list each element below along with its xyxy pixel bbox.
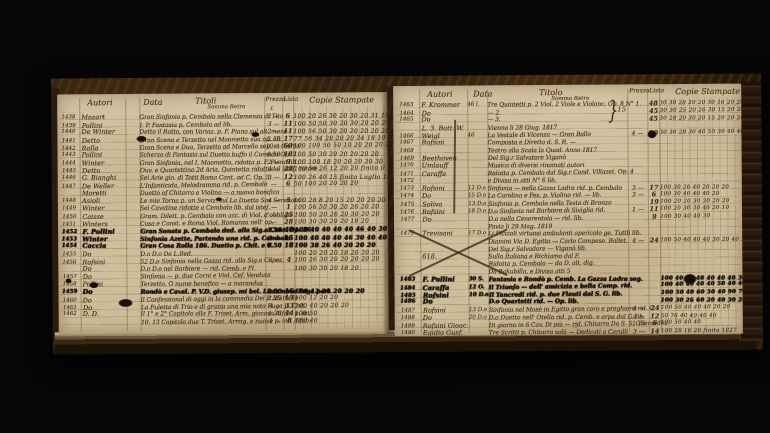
autore-cell: Caccia [80, 243, 126, 251]
lista-cell: 40 [283, 226, 294, 234]
prezzo-cell: 1.50 [265, 227, 283, 235]
prezzo-cell: 3 — [628, 184, 648, 192]
prezzo-cell [629, 259, 649, 267]
prezzo-cell [265, 280, 283, 288]
prezzo-cell [627, 100, 647, 108]
titolo-cell: e Divisa in atti N° 6 lib. [488, 176, 628, 185]
prezzo-cell [628, 176, 648, 184]
data-cell [126, 251, 140, 259]
numero-cell: 1468 [394, 147, 420, 155]
numero-cell: 1483 [394, 276, 420, 284]
autore-cell [421, 261, 469, 269]
numero-cell: 1489 [395, 323, 421, 331]
ledger-row: 1479Trevisani17 D.oLi Piccioli virtuosi … [394, 229, 742, 238]
lista-cell [648, 244, 660, 252]
copie-cell [660, 221, 742, 229]
numero-cell: 1447 [58, 184, 80, 192]
autore-cell: F. Pollini [80, 228, 126, 236]
copie-cell: 100 100 50 50 10 20 20 20 20 [293, 142, 387, 151]
numero-cell: 1454 [58, 243, 80, 251]
data-cell [467, 116, 487, 124]
numero-cell: 1462 [59, 311, 81, 319]
data-cell [469, 299, 489, 307]
copie-cell: 100 26 30 20 20 20 20 20 [294, 255, 388, 264]
prezzo-cell [628, 153, 648, 161]
autore-cell: Rofsini [421, 307, 469, 315]
data-cell [468, 216, 488, 224]
autore-cell: Do [420, 193, 468, 201]
data-cell [468, 147, 488, 155]
ink-blot [89, 282, 98, 288]
data-cell [127, 311, 141, 319]
lista-cell [648, 267, 660, 275]
header-data: Data [143, 98, 162, 107]
data-cell: 46 l. [467, 101, 487, 109]
numero-cell: 1438 [57, 114, 79, 122]
lista-cell: 6 [283, 181, 294, 189]
titolo-cell: Gran Sonata p. Cembalo ded. alla Sig.a C… [140, 227, 265, 236]
numero-cell [394, 239, 420, 247]
lista-cell: 8 [284, 318, 295, 326]
data-cell [125, 114, 139, 122]
copie-cell [661, 258, 743, 267]
numero-cell: 1441 [58, 138, 80, 146]
autore-cell: Umlauff [420, 162, 468, 170]
lista-cell: 5 [283, 197, 294, 205]
copie-cell: 100 30 26 40 20 20 20 [660, 184, 742, 192]
numero-cell: 1455 [58, 251, 80, 259]
lista-cell: 6 [649, 320, 661, 328]
autore-cell: G. Bianghi [80, 174, 126, 182]
autore-cell: Rofsini [420, 185, 468, 193]
numero-cell: 1487 [395, 308, 421, 316]
data-cell [126, 197, 140, 205]
prezzo-cell: 0.50 [265, 151, 283, 159]
autore-cell [81, 319, 127, 327]
numero-cell [394, 253, 420, 261]
prezzo-cell: 1 — [266, 318, 284, 326]
numero-cell: 1475 [394, 201, 420, 209]
data-cell [126, 183, 140, 191]
numero-cell: 1473 [394, 185, 420, 193]
numero-cell: 1467 [393, 139, 419, 147]
prezzo-cell: 2 — [265, 234, 283, 242]
prezzo-cell: 1.15 [629, 320, 649, 328]
data-cell: 17 D.o [468, 230, 488, 238]
numero-cell: 1459 [59, 288, 81, 296]
autore-cell: Do [421, 299, 469, 307]
numero-cell: 1479 [394, 230, 420, 238]
data-cell: 20 D.o [469, 314, 489, 322]
data-cell [468, 268, 488, 276]
prezzo-cell [628, 230, 648, 238]
numero-cell: 1486 [395, 299, 421, 307]
data-cell [126, 190, 140, 198]
autore-cell: Do [419, 116, 467, 124]
ink-blot [683, 274, 696, 284]
autore-cell: Rofsini [419, 139, 467, 147]
lista-cell: 9 [648, 214, 660, 222]
prezzo-cell: 5 — [265, 257, 283, 265]
ink-blot [216, 197, 222, 201]
data-cell: 30 S. [468, 276, 488, 284]
data-cell [126, 228, 140, 236]
data-cell [126, 243, 140, 251]
ledger-row: 1443PolliniScherzo di Fantasia sul Duett… [58, 151, 388, 160]
ledger-row: 1467RofsiniComposto e Diretto d. S. R. — [393, 138, 741, 147]
data-cell [126, 174, 140, 182]
autore-cell: Rofsini Gioac. [421, 323, 469, 331]
prezzo-cell: 4 — [266, 302, 284, 310]
copie-cell: 100 40 40 40 40 46 40 30 40 20 [294, 225, 388, 234]
lira-symbol: ₤ [270, 105, 273, 112]
data-cell [468, 171, 488, 179]
lista-cell [647, 139, 659, 147]
right-page: Autori Data Titolo Somma Retro Prezzo Li… [393, 84, 743, 336]
autore-cell: Asioli [80, 197, 126, 205]
lista-cell [284, 272, 295, 280]
lista-cell [648, 168, 660, 176]
numero-cell [58, 266, 80, 274]
titolo-cell: Le mie Torna p. un Serviz. sul La Duetta… [140, 197, 265, 205]
titolo-cell: Scherzo di Fantasia sul Duetto buffo il … [140, 151, 265, 159]
ledger-row: 1473Rofsini12 D.oSinfonia — nella Gazza … [394, 184, 742, 193]
titolo-cell: Sinfonia — nella Gazza Ladra rid. p. Cem… [488, 184, 628, 192]
data-cell: 12 D.o [468, 185, 488, 193]
data-cell [126, 152, 140, 160]
lista-cell: 18 [283, 242, 294, 250]
data-cell [468, 162, 488, 170]
prezzo-cell: 1 — [628, 206, 648, 214]
prezzo-cell [628, 214, 648, 222]
header-copie-stampate: Copie Stampate [309, 95, 374, 104]
data-cell [127, 319, 141, 327]
ledger-row: 1448AsioliLe mie Torna p. un Serviz. sul… [58, 196, 388, 205]
data-cell [468, 125, 488, 133]
copie-cell [660, 176, 742, 184]
autore-cell: F. Krommer [419, 102, 467, 110]
data-cell: 13 D.o [468, 200, 488, 208]
data-cell [126, 205, 140, 213]
lista-cell [648, 230, 660, 238]
copie-cell: 50 100 20 20 20 20 [294, 180, 388, 189]
numero-cell: 1471 [394, 171, 420, 179]
prezzo-cell [628, 282, 648, 290]
data-cell [127, 274, 141, 282]
numero-cell [395, 262, 421, 270]
autore-cell: Caraffa [420, 171, 468, 179]
data-cell [468, 177, 488, 185]
copie-cell: 100 40 [295, 316, 389, 325]
prezzo-cell [628, 108, 648, 116]
ink-blot [65, 278, 71, 283]
lista-cell [648, 222, 660, 230]
autore-cell: 618. [420, 253, 468, 261]
data-cell [126, 213, 140, 221]
data-cell [467, 139, 487, 147]
lista-cell: 24 [649, 305, 661, 313]
titolo-cell: D.o nella Cenerentola — rid. lib. [488, 214, 628, 223]
titolo-cell: Li Piccioli virtuosi ambulanti apericolo… [488, 230, 628, 238]
numero-cell: 1488 [395, 315, 421, 323]
header-copie-stampate: Copie Stampate [675, 87, 740, 96]
lista-cell [649, 290, 661, 298]
prezzo-cell: 4 — [265, 197, 283, 205]
autore-cell: D. D. [81, 311, 127, 319]
copie-cell [294, 279, 388, 287]
numero-cell [394, 125, 420, 133]
header-data: Data [473, 89, 492, 98]
copie-cell: 100 30 40 40 30 [660, 213, 742, 222]
right-page-rows: 1463F. Krommer46 l.Tre Quintetti p. 2 Vi… [393, 100, 743, 336]
copie-cell: 30 30 28 30 40 50 30 40 40 20 30 30 [659, 129, 741, 138]
numero-cell: 1450 [58, 214, 80, 222]
titolo-cell: Composto e Diretto d. S. R. — [487, 139, 627, 147]
numero-cell: 1452 [58, 229, 80, 237]
prezzo-cell: — [265, 181, 283, 189]
numero-cell: 1465 [393, 117, 419, 125]
copie-cell [660, 267, 742, 275]
numero-cell: 1449 [58, 205, 80, 213]
lista-cell: 4 [283, 257, 294, 265]
ink-blot [251, 132, 259, 137]
titolo-cell: 10. 13 Capitolo due T. Triset. Armig. e … [141, 318, 266, 327]
copie-cell [660, 229, 742, 237]
header-autori: Autori [87, 98, 112, 107]
header-autori: Autori [427, 90, 452, 99]
autore-cell: De Winter [79, 129, 125, 137]
copie-cell: 100 50 26 12 20 20 finito il 1816 [294, 165, 388, 174]
copie-cell: 100 40 20 20 20 [295, 301, 389, 310]
photo-background: Autori Data Titoli Somma Retro ₤ Prezzo … [0, 0, 770, 433]
prezzo-cell: — [265, 204, 283, 212]
left-page: Autori Data Titoli Somma Retro ₤ Prezzo … [57, 92, 389, 334]
prezzo-cell [629, 290, 649, 298]
numero-cell [59, 320, 81, 328]
copie-cell: 100 38 26 40 20 20 20 [294, 242, 388, 250]
titolo-cell: Sinfonia nel Mosè in Egitto gran coro e … [489, 305, 629, 314]
copie-cell: 100 50 40 60 50 40 90 70 60 40 [661, 289, 743, 298]
lista-cell [648, 282, 660, 290]
prezzo-cell: 4 — [265, 166, 283, 174]
data-cell [469, 261, 489, 269]
copie-cell [294, 188, 388, 196]
prezzo-cell [265, 189, 283, 197]
numero-cell: 1474 [394, 193, 420, 201]
header-lista: Lista [649, 87, 664, 94]
data-cell [127, 288, 141, 296]
prezzo-cell [628, 244, 648, 252]
prezzo-cell: 4 — [629, 305, 649, 313]
data-cell: 15 D.o [468, 193, 488, 201]
data-cell [468, 253, 488, 261]
copie-cell [660, 152, 742, 161]
prezzo-cell: 4 — [627, 130, 647, 138]
copie-cell [295, 271, 389, 280]
data-cell [469, 329, 489, 336]
copie-cell [660, 167, 742, 176]
prezzo-cell: 0.50 [265, 242, 283, 250]
data-cell [126, 281, 140, 289]
data-cell [468, 238, 488, 246]
copie-cell [660, 243, 742, 252]
copie-cell: 30 30 25 20 26 30 15 20 20 10 20 [660, 106, 742, 115]
copie-cell [659, 138, 741, 146]
copie-cell: 100 50 40 40 [661, 319, 743, 328]
left-page-rows: 1438MozartGran Sinfonia p. Cembalo nella… [57, 112, 388, 327]
subheader-somma-retro: Somma Retro [207, 104, 245, 110]
numero-cell: 1440 [57, 129, 79, 137]
header-prezzo: Prezzo [629, 87, 649, 94]
numero-cell: 1477 [394, 216, 420, 224]
data-cell: 13 D.o [469, 307, 489, 315]
prezzo-cell: 10 — [264, 143, 282, 151]
numero-cell: 1443 [58, 152, 80, 160]
numero-cell: 1446 [58, 175, 80, 183]
lista-cell [649, 259, 661, 267]
data-cell [126, 265, 140, 273]
ledger-row: 1454CacciaGran Cosa Rolla 186. Duetto p.… [58, 242, 388, 251]
data-cell [125, 129, 139, 137]
autore-cell: Do [81, 288, 127, 296]
copie-cell: 100 40 40 40 46 30 40 40 20 30 [294, 234, 388, 242]
prezzo-cell: 2 — [264, 113, 282, 121]
autore-cell [420, 238, 468, 246]
ink-blot [119, 299, 133, 307]
autore-cell: Trevisani [420, 230, 468, 238]
copie-cell: 100 50 30 20 20 20 20 20 [294, 151, 388, 159]
lista-cell: 17 [648, 184, 660, 192]
header-lista: Lista [283, 96, 298, 103]
copie-cell: 100 50 50 30 20 30 20 20 20 20 [294, 119, 388, 128]
autore-cell: F. Pollini [420, 276, 468, 284]
prezzo-cell: 2.25 [266, 295, 284, 303]
numero-cell: 1448 [58, 197, 80, 205]
ink-blot [136, 136, 146, 142]
prezzo-cell: 3 — [265, 120, 283, 128]
titolo-cell: Duetto of Chitarra e Violino — a nuova b… [140, 189, 265, 197]
copie-cell: 100 50 40 40 40 20 20 [661, 304, 743, 313]
prezzo-cell [628, 222, 648, 230]
numero-cell: 1463 [393, 102, 419, 110]
autore-cell: Do [420, 216, 468, 224]
titolo-cell: Gran Cosa Rolla 186. Duetto p. Chit. e V… [140, 242, 265, 250]
data-cell [126, 159, 140, 167]
autore-cell: Do [81, 274, 127, 282]
ledger-book: Autori Data Titoli Somma Retro ₤ Prezzo … [51, 74, 763, 355]
lista-cell: 18 [283, 151, 294, 159]
autore-cell: De Weller [80, 183, 126, 191]
prezzo-cell [266, 272, 284, 280]
autore-cell: Pollini [80, 152, 126, 160]
numero-cell: 1470 [394, 162, 420, 170]
ink-blot [647, 130, 656, 138]
prezzo-cell [628, 168, 648, 176]
lista-cell [648, 153, 660, 161]
prezzo-cell [628, 267, 648, 275]
prezzo-cell [627, 139, 647, 147]
data-cell [469, 322, 489, 330]
numero-cell: 1444 [58, 160, 80, 168]
copie-cell: 100 28 8 20 15 20 20 20 20 [294, 196, 388, 204]
